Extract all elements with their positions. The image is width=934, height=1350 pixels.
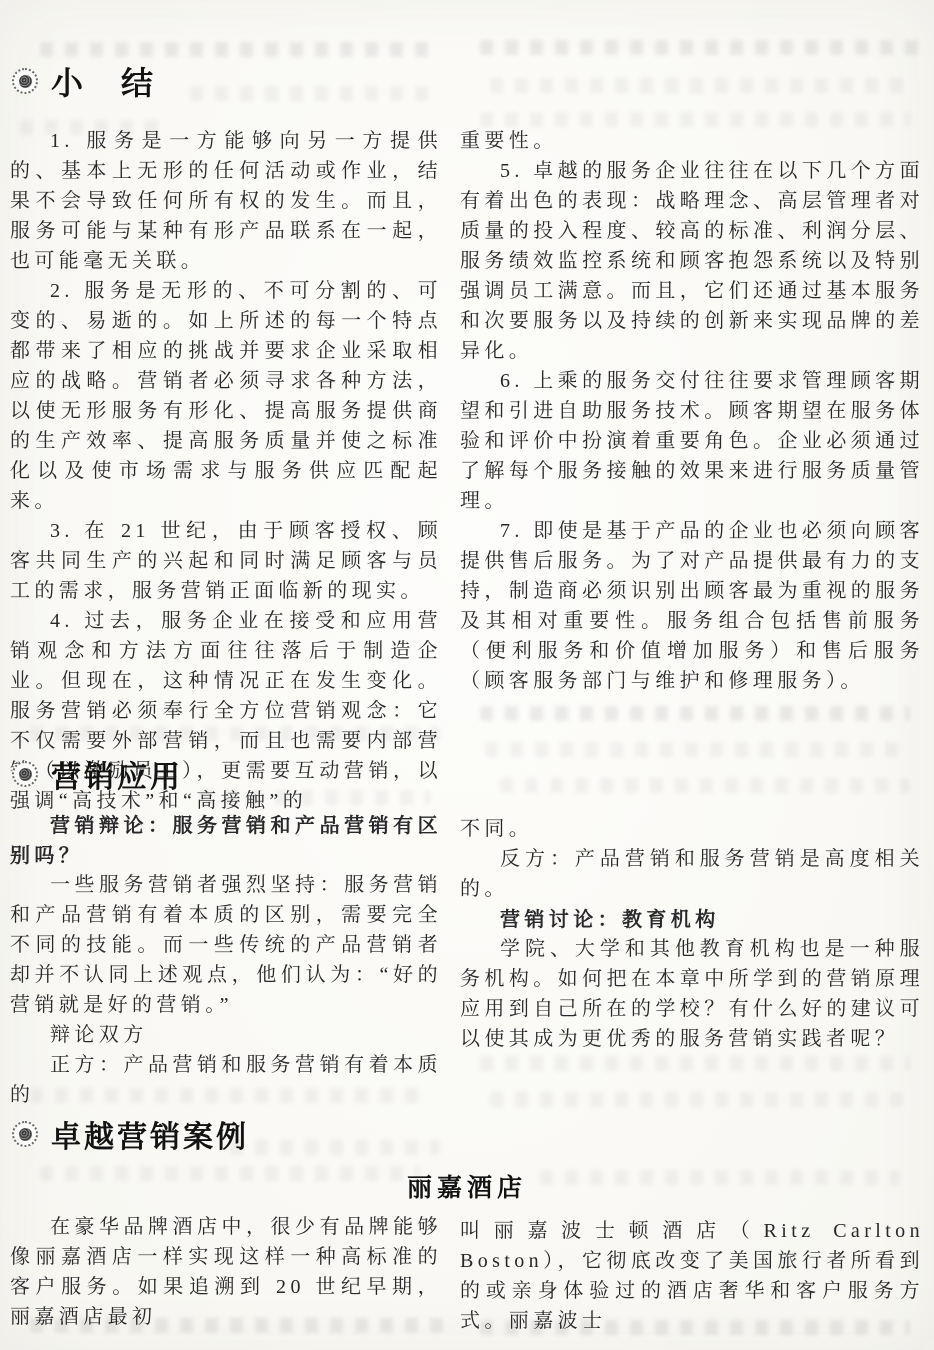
summary-point-2: 2. 服务是无形的、不可分割的、可变的、易逝的。如上所述的每一个特点都带来了相应… xyxy=(10,276,442,516)
application-left-column: 营销辩论：服务营销和产品营销有区别吗？ 一些服务营销者强烈坚持：服务营销和产品营… xyxy=(10,810,442,1110)
summary-heading-text: 小 结 xyxy=(51,58,156,104)
marketing-discussion-title: 营销讨论：教育机构 xyxy=(460,904,924,934)
summary-point-6: 6. 上乘的服务交付往往要求管理顾客期望和引进自助服务技术。顾客期望在服务体验和… xyxy=(460,366,924,516)
section-bullet-icon xyxy=(12,68,38,94)
marketing-discussion-text: 学院、大学和其他教育机构也是一种服务机构。如何把在本章中所学到的营销原理应用到自… xyxy=(460,934,924,1054)
case-right-column: 叫丽嘉波士顿酒店（Ritz Carlton Boston），它彻底改变了美国旅行… xyxy=(460,1216,924,1336)
case-heading-text: 卓越营销案例 xyxy=(51,1112,249,1156)
summary-right-column: 重要性。 5. 卓越的服务企业往往在以下几个方面有着出色的表现：战略理念、高层管… xyxy=(460,126,924,696)
bleed-through-artifact xyxy=(480,706,910,721)
bleed-through-artifact xyxy=(40,42,440,57)
debate-pro-text: 正方：产品营销和服务营销有着本质的 xyxy=(10,1050,442,1110)
marketing-debate-intro: 一些服务营销者强烈坚持：服务营销和产品营销有着本质的区别，需要完全不同的技能。而… xyxy=(10,870,442,1020)
scanned-textbook-page: 小 结 1. 服务是一方能够向另一方提供的、基本上无形的任何活动或作业，结果不会… xyxy=(0,0,934,1350)
bleed-through-artifact xyxy=(230,1140,440,1155)
summary-left-column: 1. 服务是一方能够向另一方提供的、基本上无形的任何活动或作业，结果不会导致任何… xyxy=(10,126,442,816)
summary-point-7: 7. 即使是基于产品的企业也必须向顾客提供售后服务。为了对产品提供最有力的支持，… xyxy=(460,516,924,696)
bleed-through-artifact xyxy=(190,86,440,101)
bleed-through-artifact xyxy=(480,40,920,55)
debate-sides-label: 辩论双方 xyxy=(10,1020,442,1050)
bleed-through-artifact xyxy=(490,1092,910,1107)
bleed-through-artifact xyxy=(485,742,905,757)
debate-pro-continuation: 不同。 xyxy=(460,814,924,844)
summary-point-1: 1. 服务是一方能够向另一方提供的、基本上无形的任何活动或作业，结果不会导致任何… xyxy=(10,126,442,276)
application-heading-text: 营销应用 xyxy=(51,752,183,796)
section-bullet-icon xyxy=(12,1121,38,1147)
case-left-column: 在豪华品牌酒店中，很少有品牌能够像丽嘉酒店一样实现这样一种高标准的客户服务。如果… xyxy=(10,1212,442,1332)
case-section-heading: 卓越营销案例 xyxy=(12,1112,249,1156)
summary-point-3: 3. 在 21 世纪，由于顾客授权、顾客共同生产的兴起和同时满足顾客与员工的需求… xyxy=(10,516,442,606)
case-left-text: 在豪华品牌酒店中，很少有品牌能够像丽嘉酒店一样实现这样一种高标准的客户服务。如果… xyxy=(10,1212,442,1332)
summary-point-5: 5. 卓越的服务企业往往在以下几个方面有着出色的表现：战略理念、高层管理者对质量… xyxy=(460,156,924,366)
bleed-through-artifact xyxy=(500,778,910,793)
application-right-column: 不同。 反方：产品营销和服务营销是高度相关的。 营销讨论：教育机构 学院、大学和… xyxy=(460,814,924,1054)
section-bullet-icon xyxy=(12,761,38,787)
summary-section-heading: 小 结 xyxy=(12,58,156,104)
marketing-debate-title: 营销辩论：服务营销和产品营销有区别吗？ xyxy=(10,810,442,870)
application-section-heading: 营销应用 xyxy=(12,752,183,796)
bleed-through-artifact xyxy=(480,1056,910,1071)
bleed-through-artifact xyxy=(490,78,910,93)
debate-con-text: 反方：产品营销和服务营销是高度相关的。 xyxy=(460,844,924,904)
summary-point-4-continuation: 重要性。 xyxy=(460,126,924,156)
bleed-through-artifact xyxy=(480,112,910,127)
case-right-text: 叫丽嘉波士顿酒店（Ritz Carlton Boston），它彻底改变了美国旅行… xyxy=(460,1216,924,1336)
case-study-title: 丽嘉酒店 xyxy=(0,1168,934,1204)
